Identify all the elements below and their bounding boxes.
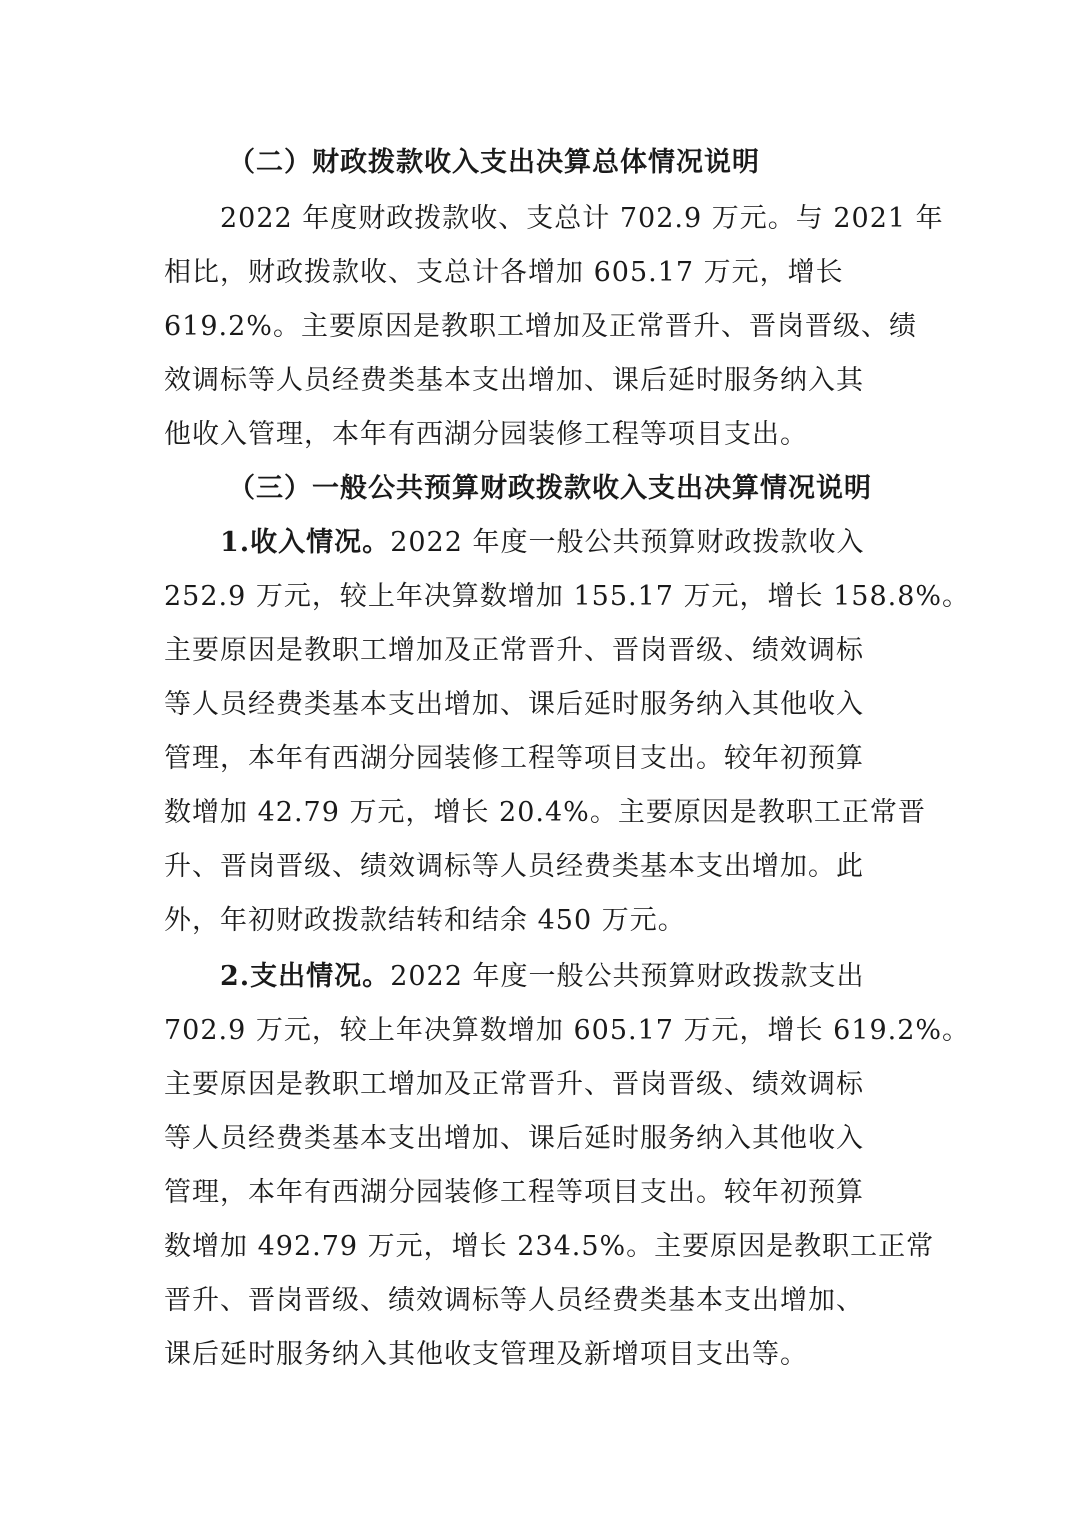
document-page: （二）财政拨款收入支出决算总体情况说明 2022 年度财政拨款收、支总计 702… [0, 0, 1074, 1520]
paragraph-line: 等人员经费类基本支出增加、课后延时服务纳入其他收入 [164, 1112, 864, 1166]
expense-first-line: 2.支出情况。2022 年度一般公共预算财政拨款支出 [220, 950, 864, 1004]
paragraph-line: 主要原因是教职工增加及正常晋升、晋岗晋级、绩效调标 [164, 624, 864, 678]
income-label: 1.收入情况。 [220, 527, 390, 558]
paragraph-line: 2022 年度财政拨款收、支总计 702.9 万元。与 2021 年 [220, 192, 944, 246]
paragraph-line: 相比，财政拨款收、支总计各增加 605.17 万元，增长 [164, 246, 844, 300]
expense-text: 2022 年度一般公共预算财政拨款支出 [390, 961, 864, 992]
paragraph-line: 702.9 万元，较上年决算数增加 605.17 万元，增长 619.2%。 [164, 1004, 970, 1058]
paragraph-line: 晋升、晋岗晋级、绩效调标等人员经费类基本支出增加、 [164, 1274, 864, 1328]
paragraph-line: 升、晋岗晋级、绩效调标等人员经费类基本支出增加。此 [164, 840, 864, 894]
income-first-line: 1.收入情况。2022 年度一般公共预算财政拨款收入 [220, 516, 864, 570]
paragraph-line: 管理，本年有西湖分园装修工程等项目支出。较年初预算 [164, 1166, 864, 1220]
paragraph-line: 数增加 42.79 万元，增长 20.4%。主要原因是教职工正常晋 [164, 786, 926, 840]
paragraph-line: 他收入管理，本年有西湖分园装修工程等项目支出。 [164, 408, 808, 462]
income-text: 2022 年度一般公共预算财政拨款收入 [390, 527, 864, 558]
paragraph-line: 外，年初财政拨款结转和结余 450 万元。 [164, 894, 686, 948]
paragraph-line: 效调标等人员经费类基本支出增加、课后延时服务纳入其 [164, 354, 864, 408]
paragraph-line: 管理，本年有西湖分园装修工程等项目支出。较年初预算 [164, 732, 864, 786]
paragraph-line: 主要原因是教职工增加及正常晋升、晋岗晋级、绩效调标 [164, 1058, 864, 1112]
paragraph-line: 课后延时服务纳入其他收支管理及新增项目支出等。 [164, 1328, 808, 1382]
paragraph-line: 等人员经费类基本支出增加、课后延时服务纳入其他收入 [164, 678, 864, 732]
paragraph-line: 619.2%。主要原因是教职工增加及正常晋升、晋岗晋级、绩 [164, 300, 917, 354]
paragraph-line: 252.9 万元，较上年决算数增加 155.17 万元，增长 158.8%。 [164, 570, 970, 624]
section-heading-2: （二）财政拨款收入支出决算总体情况说明 [228, 136, 760, 190]
paragraph-line: 数增加 492.79 万元，增长 234.5%。主要原因是教职工正常 [164, 1220, 934, 1274]
section-heading-3: （三）一般公共预算财政拨款收入支出决算情况说明 [228, 462, 872, 516]
expense-label: 2.支出情况。 [220, 961, 390, 992]
